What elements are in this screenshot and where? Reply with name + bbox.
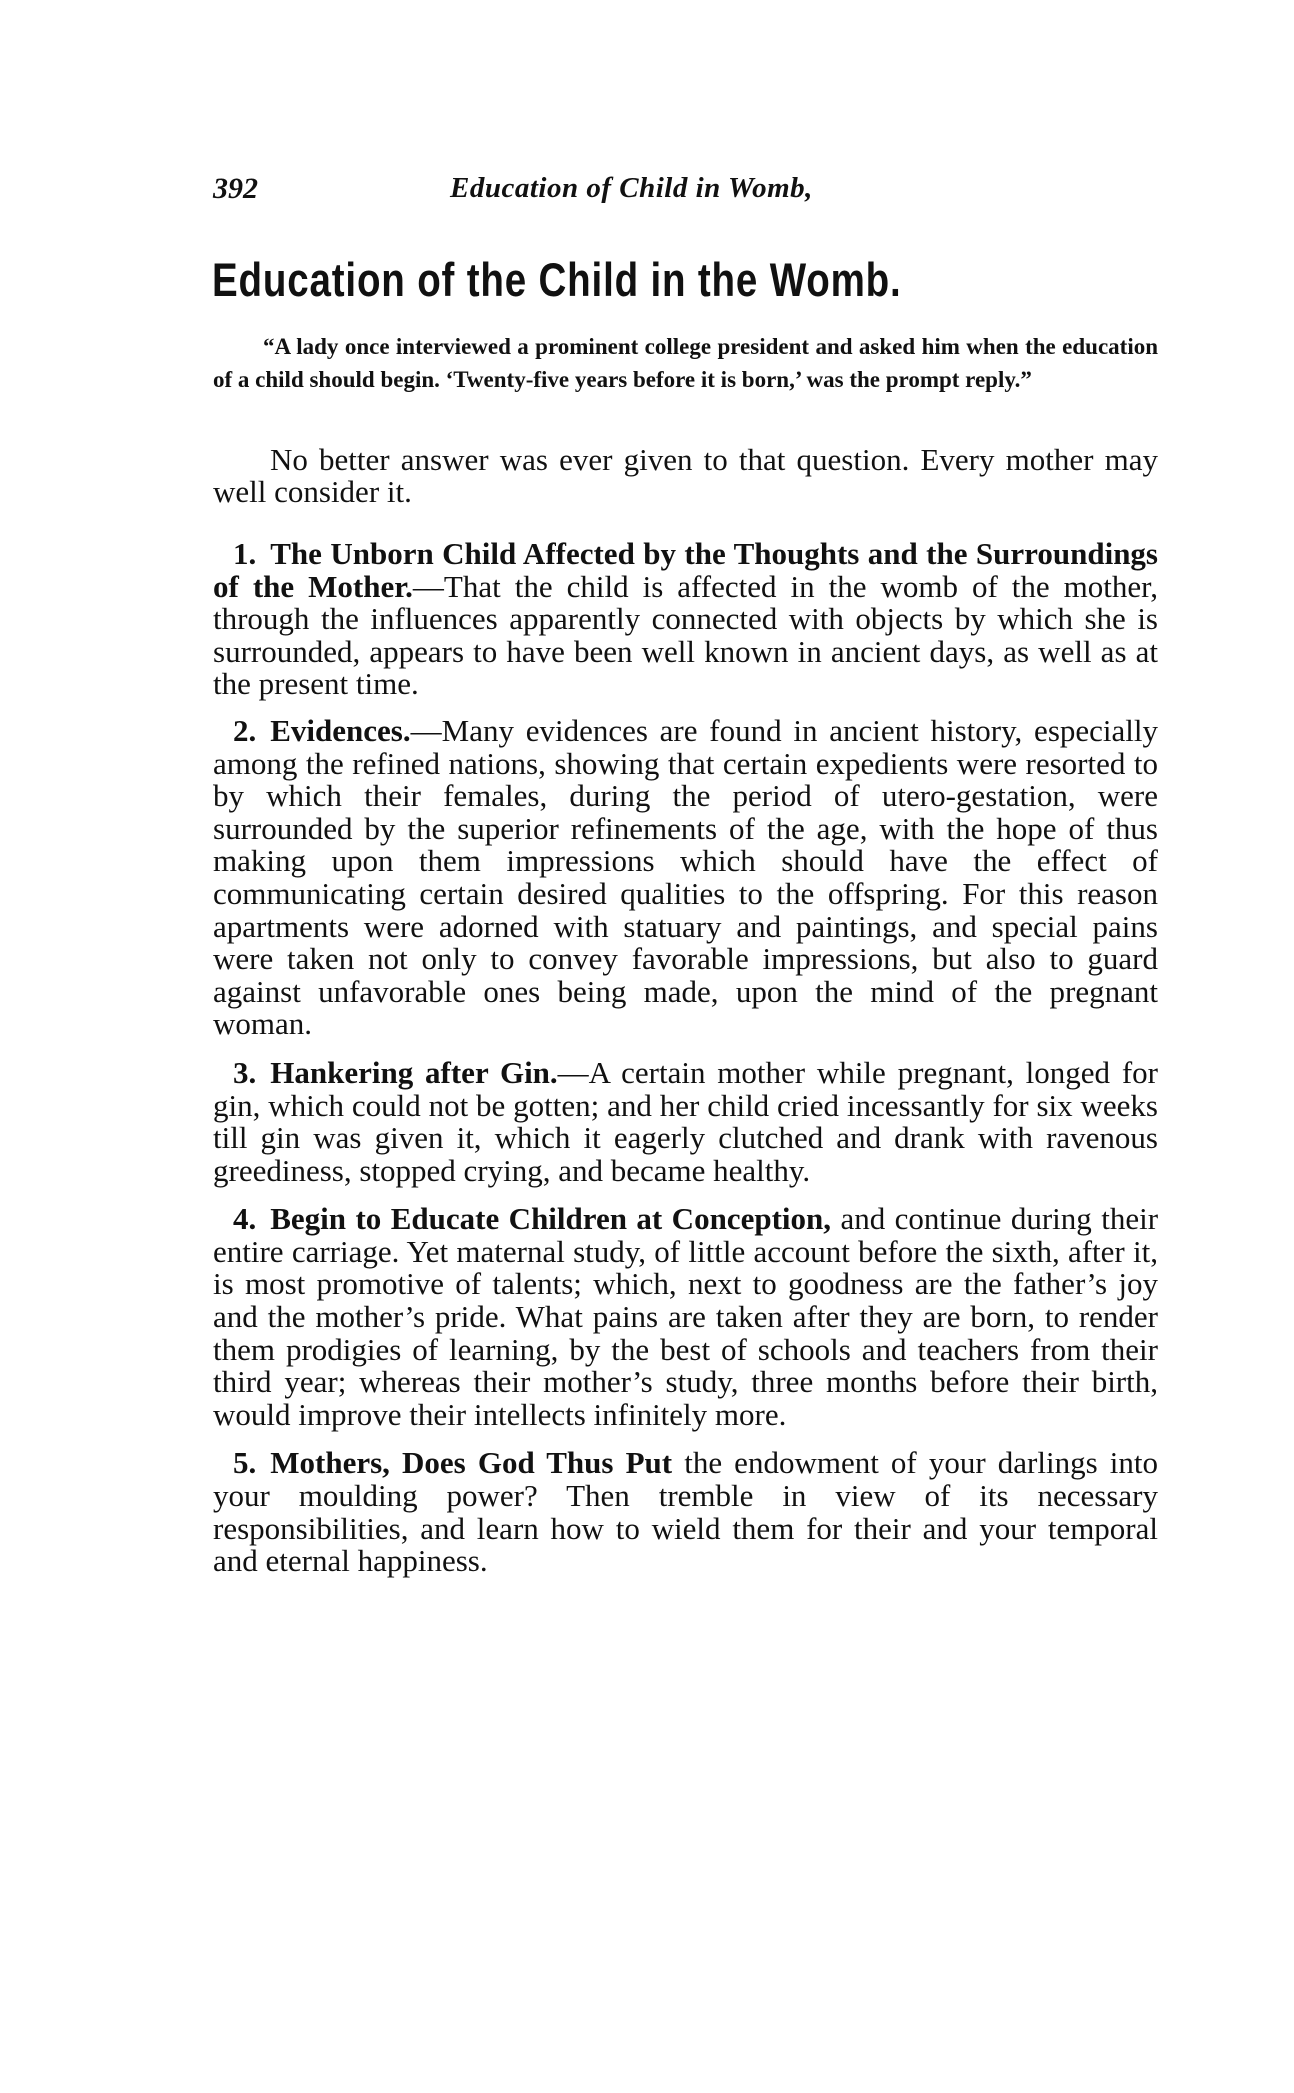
- em-dash: —: [558, 1055, 589, 1090]
- section-number: 1.: [233, 536, 256, 571]
- section-heading: Mothers, Does God Thus Put: [270, 1445, 672, 1480]
- section-4: 4.Begin to Educate Children at Conceptio…: [213, 1203, 1158, 1431]
- section-number: 2.: [233, 713, 256, 748]
- section-heading: Hankering after Gin.: [270, 1055, 557, 1090]
- page-number: 392: [213, 172, 258, 206]
- book-page: 392 Education of Child in Womb, Educatio…: [0, 0, 1294, 2093]
- section-1: 1.The Unborn Child Affected by the Thoug…: [213, 538, 1158, 701]
- section-number: 4.: [233, 1201, 256, 1236]
- em-dash: —: [411, 713, 442, 748]
- intro-paragraph: No better answer was ever given to that …: [213, 444, 1158, 508]
- em-dash: —: [413, 569, 444, 604]
- section-2: 2.Evidences.—Many evidences are found in…: [213, 715, 1158, 1041]
- section-number: 5.: [233, 1445, 256, 1480]
- intro-text: No better answer was ever given to that …: [213, 444, 1158, 508]
- running-head: 392 Education of Child in Womb,: [213, 172, 1163, 212]
- section-heading: Evidences.: [270, 713, 410, 748]
- section-body: and continue during their entire carriag…: [213, 1201, 1158, 1432]
- epigraph-text: “A lady once interviewed a prominent col…: [213, 330, 1158, 396]
- running-head-title: Education of Child in Womb,: [450, 172, 813, 205]
- section-3: 3.Hankering after Gin.—A certain mother …: [213, 1057, 1158, 1187]
- section-body: Many evidences are found in ancient hist…: [213, 713, 1158, 1041]
- epigraph-quote: “A lady once interviewed a prominent col…: [213, 330, 1158, 396]
- chapter-title: Education of the Child in the Womb.: [212, 250, 1180, 310]
- separator: [672, 1445, 684, 1480]
- section-5: 5.Mothers, Does God Thus Put the endowme…: [213, 1447, 1158, 1577]
- numbered-sections: 1.The Unborn Child Affected by the Thoug…: [213, 538, 1158, 1594]
- section-heading: Begin to Educate Children at Conception,: [270, 1201, 831, 1236]
- section-number: 3.: [233, 1055, 256, 1090]
